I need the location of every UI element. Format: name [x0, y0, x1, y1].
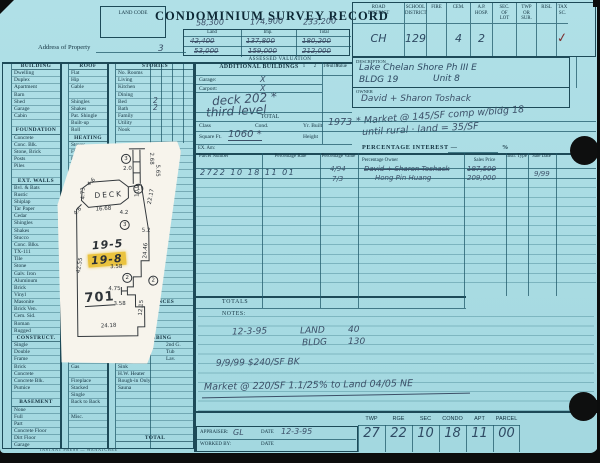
sketch-measurement: 2.68 — [148, 153, 154, 165]
table-row — [69, 92, 107, 99]
district-col: FIRE — [427, 3, 447, 56]
table-row — [116, 428, 194, 435]
description-line2a: BLDG 19 — [359, 75, 398, 85]
pct-sign: % — [502, 144, 508, 151]
table-row: Tile — [12, 256, 60, 263]
table-row — [69, 435, 107, 442]
photo-edge-bottom — [0, 453, 600, 463]
table-row: Nook — [116, 127, 194, 134]
square-ft-value: 1060 * — [228, 129, 262, 141]
district-label: A.P.HOSP. — [471, 3, 492, 24]
district-value — [493, 24, 516, 56]
sketch-measurement: 701 — [84, 289, 115, 307]
totals-label: TOTALS — [222, 299, 248, 306]
district-col: SCHOOLDISTRICT129 — [405, 3, 427, 56]
twp-col-label: SEC — [412, 416, 439, 422]
table-row: Kitchen — [116, 84, 194, 91]
garage-x: X — [260, 75, 265, 84]
table-row: Misc. — [69, 414, 107, 421]
col-instr-type: Instr. Type — [506, 153, 528, 168]
hand-total-land: 58,300 — [196, 18, 224, 28]
table-row — [116, 442, 194, 449]
val-r2-land: 53,000 — [194, 47, 219, 55]
district-value: 4 — [447, 24, 470, 56]
district-value: 129 — [405, 24, 426, 56]
table-row — [116, 399, 194, 406]
table-row: Fireplace — [69, 378, 107, 385]
hand-total-total: 233,200 — [303, 16, 336, 26]
sketch-measurement: 3.58 — [114, 301, 126, 307]
col-pct-rate: Percentage Rate — [262, 153, 320, 168]
table-row: Part — [12, 421, 60, 428]
appraiser-label: APPRAISER: — [200, 430, 228, 436]
pct-row1-owner: David + Sharon Toshack — [364, 165, 450, 173]
note1-date: 12-3-95 — [232, 326, 267, 337]
note3: 9/9/99 $240/SF BK — [216, 357, 300, 368]
district-label: SEC.OFLOT — [493, 3, 516, 24]
sketch-measurement: 3.58 — [110, 264, 122, 270]
district-col: RISL — [537, 3, 557, 56]
table-row — [116, 135, 194, 142]
district-value — [537, 24, 556, 56]
table-row: Shingles — [12, 220, 60, 227]
table-row: Gas — [69, 364, 107, 371]
district-col: A.P.HOSP.2 — [471, 3, 493, 56]
district-label: ROADDISTRICT — [353, 3, 404, 24]
table-row: Stone, Brick — [12, 149, 60, 156]
stories-tick-headers: 121½B — [150, 63, 195, 71]
table-row: Pumice — [12, 385, 60, 392]
district-label: FIRE — [427, 3, 446, 24]
table-row: Built-up — [69, 120, 107, 127]
district-label: RISL — [537, 3, 556, 24]
table-row: Back to Back — [69, 399, 107, 406]
full-value-label: Full Value — [323, 64, 351, 70]
sketch-measurement: 3 — [121, 154, 131, 164]
table-row-right: 2nd G. — [166, 342, 181, 348]
appraiser-box: APPRAISER: GL DATE 12-3-95 WORKED BY: DA… — [196, 426, 358, 452]
table-row: Frame — [12, 356, 60, 363]
table-row: Piles — [12, 163, 60, 170]
note2-bldg: BLDG — [302, 338, 327, 349]
twp-value: 18 — [439, 426, 466, 441]
yr-built-value: 1973 — [328, 117, 352, 128]
note1-land-val: 40 — [348, 325, 359, 335]
table-row: Cabin — [12, 113, 60, 120]
table-row: Shingles — [69, 99, 107, 106]
hand-total-imp: 174,900 — [250, 16, 283, 26]
sketch-measurement: 4.6 — [73, 206, 83, 216]
parcel-number-hand: 2722 10 18 11 01 — [200, 168, 295, 177]
table-row: Cedar — [12, 213, 60, 220]
district-col: SEC.OFLOT — [493, 3, 517, 56]
val-col-land: Land — [194, 30, 230, 36]
add-bldg-total-label: TOTAL — [230, 114, 310, 121]
owner-box: OWNER David + Sharon Toshack — [352, 88, 570, 108]
table-row: Rough-in Only — [116, 378, 194, 385]
table-row: Shed — [12, 99, 60, 106]
address-label: Address of Property — [38, 44, 90, 51]
district-label: TWPORSUR. — [517, 3, 536, 24]
sketch-measurement: 19-5 — [91, 237, 123, 252]
val-col-imp: Imp. — [250, 30, 286, 36]
description-line1: Lake Chelan Shore Ph III E — [359, 63, 477, 73]
twp-col-label: TWP — [358, 416, 385, 422]
table-row: Garage — [12, 106, 60, 113]
pct-row1-price: 187,500 — [467, 165, 496, 173]
table-row: Concrete — [12, 135, 60, 142]
district-value: CH — [353, 24, 404, 56]
table-row: Full — [12, 414, 60, 421]
table-row: CONSTRUCT. — [12, 335, 60, 342]
bath-count-hand: 2 — [153, 103, 158, 112]
val-r1-land: 42,400 — [190, 37, 215, 45]
table-row: Brick Ven. — [12, 306, 60, 313]
table-row: Sink — [116, 364, 194, 371]
table-row: Stone — [12, 263, 60, 270]
sketch-measurement: 22.17 — [147, 188, 156, 205]
stories-hand-count: 3 — [158, 44, 164, 54]
table-row: Concrete Floor — [12, 428, 60, 435]
table-row: BUILDING — [12, 63, 60, 70]
table-row: Vinyl — [12, 292, 60, 299]
table-row: Conc. Blks. — [12, 242, 60, 249]
district-col: TWPORSUR. — [517, 3, 537, 56]
table-row: Conc. Blk. — [12, 142, 60, 149]
table-row — [12, 392, 60, 399]
district-col: TAXSC.✓ — [557, 3, 568, 56]
description-box: DESCRIPTION Lake Chelan Shore Ph III E B… — [352, 57, 570, 88]
sketch-measurement: 5.2 — [142, 228, 151, 234]
twp-col-label: CONDO — [439, 416, 466, 422]
sketch-measurement: 3 — [120, 220, 130, 230]
table-row: Stacked — [69, 385, 107, 392]
sketch-measurement: 2.0 — [123, 166, 132, 172]
table-row-right: Lav. — [166, 356, 175, 362]
table-row: Living — [116, 77, 194, 84]
val-col-total: Total — [306, 30, 342, 36]
district-table: ROADDISTRICTCHSCHOOLDISTRICT129FIRECEM.4… — [352, 2, 596, 57]
table-row: FOUNDATION — [12, 127, 60, 134]
table-row: Shiplap — [12, 199, 60, 206]
col-parcel-number: Parcel Number — [196, 153, 262, 168]
pct-row1-value: 4/94 — [330, 165, 346, 173]
table-row: Double — [12, 349, 60, 356]
description-line2b: Unit 8 — [433, 74, 460, 84]
sketch-measurement: 16.68 — [95, 206, 111, 213]
pct-row2-price: 209,000 — [467, 174, 496, 182]
appraiser-date: 12-3-95 — [281, 427, 312, 436]
twp-parcel-table: TWPRGESECCONDOAPTPARCEL 272210181100 — [358, 416, 520, 452]
table-row: None — [12, 407, 60, 414]
table-row: Apartment — [12, 84, 60, 91]
table-row: EXT. WALLS — [12, 178, 60, 185]
owner-value: David + Sharon Toshack — [361, 94, 471, 104]
table-row: Brick — [12, 285, 60, 292]
sketch-measurement: 5.65 — [154, 164, 160, 176]
assessed-valuation-table: Land Imp. Total 42,400 137,800 180,200 5… — [183, 29, 350, 56]
district-label: SCHOOLDISTRICT — [405, 3, 426, 24]
table-row — [69, 428, 107, 435]
sketch-measurement: 24.18 — [101, 323, 117, 330]
table-row: Family — [116, 113, 194, 120]
table-row: Flat — [69, 70, 107, 77]
table-row: Utility — [116, 120, 194, 127]
table-row: Gable — [69, 84, 107, 91]
table-row: Pat. Shingle — [69, 113, 107, 120]
district-value — [517, 24, 536, 56]
sketch-measurement: 2 — [148, 276, 158, 286]
additional-buildings-header: ADDITIONAL BUILDINGS — [196, 64, 322, 71]
table-row — [69, 407, 107, 414]
table-row-right: Tub — [166, 349, 175, 355]
sketch-measurement: 4.2 — [120, 210, 129, 216]
table-row: TX-111 — [12, 249, 60, 256]
pct-interest-title: PERCENTAGE INTEREST — — [362, 144, 458, 151]
twp-value: 10 — [412, 426, 439, 441]
sketch-measurement: 42.55 — [76, 257, 84, 274]
twp-col-label: RGE — [385, 416, 412, 422]
twp-col-label: PARCEL — [493, 416, 520, 422]
table-row: Posts — [12, 156, 60, 163]
table-row: Dirt Floor — [12, 435, 60, 442]
table-row: TOTAL — [116, 435, 194, 442]
twp-value: 00 — [493, 426, 520, 441]
table-row — [116, 421, 194, 428]
district-value: 2 — [471, 24, 492, 56]
table-row: Brick — [12, 364, 60, 371]
sketch-measurement: 10.0 — [134, 185, 140, 197]
val-r1-total: 180,200 — [302, 37, 331, 45]
table-row: Hip — [69, 77, 107, 84]
table-row: Rugged — [12, 328, 60, 335]
district-col: CEM.4 — [447, 3, 471, 56]
carport-label: Carport: — [199, 86, 217, 92]
twp-value: 27 — [358, 426, 385, 441]
table-row: HEATING — [69, 135, 107, 142]
table-row: Duplex — [12, 77, 60, 84]
table-row: Aluminum — [12, 278, 60, 285]
table-row: BASEMENT — [12, 399, 60, 406]
survey-record-photo: LAND CODE CONDOMINIUM SURVEY RECORD 58,3… — [0, 0, 600, 463]
appraiser-date-label: DATE — [261, 430, 274, 436]
table-row: Barn — [12, 92, 60, 99]
col-sale-date: Sale Date — [528, 153, 556, 168]
sketch-measurement: 4.6 — [86, 177, 96, 187]
yr-built-label: Yr. Built — [303, 123, 322, 129]
note2-bldg-val: 130 — [348, 337, 365, 347]
twp-value: 11 — [466, 426, 493, 441]
table-row: Roll — [69, 127, 107, 134]
table-row — [116, 392, 194, 399]
table-row: Concrete — [12, 371, 60, 378]
table-row: Dwelling — [12, 70, 60, 77]
table-row: Single — [12, 342, 60, 349]
pct-row2-owner: Hong Pin Huang — [375, 174, 431, 182]
class-label: Class — [199, 123, 211, 129]
sketch-measurement: 4.73 — [80, 187, 86, 199]
district-value: ✓ — [555, 24, 570, 57]
note1-land: LAND — [300, 326, 325, 337]
height-label: Height — [303, 134, 318, 140]
table-row: ROOF — [69, 63, 107, 70]
val-r1-imp: 137,800 — [246, 37, 275, 45]
sketch-measurement: 12.15 — [138, 300, 145, 316]
table-row — [116, 407, 194, 414]
worked-by-date-label: DATE — [261, 442, 274, 448]
table-row — [69, 421, 107, 428]
table-row: Shakes — [69, 106, 107, 113]
district-col: ROADDISTRICTCH — [353, 3, 405, 56]
ex-am-label: EX. Am: — [198, 146, 215, 152]
table-row: Cem. Sid. — [12, 313, 60, 320]
table-row: H.W. Heater — [116, 371, 194, 378]
table-row: Masonite — [12, 299, 60, 306]
table-row: Roman — [12, 321, 60, 328]
district-label: TAXSC. — [557, 3, 568, 24]
table-row: Bvl. & Bats — [12, 185, 60, 192]
sketch-measurement: 2 — [122, 273, 132, 283]
table-row — [12, 170, 60, 177]
garage-label: Garage: — [199, 77, 216, 83]
val-r2-imp: 159,000 — [248, 47, 277, 55]
table-row — [116, 414, 194, 421]
district-value — [427, 24, 446, 56]
pct-row2-value: 7/3 — [332, 175, 343, 183]
table-row: Galv. Iron — [12, 271, 60, 278]
twp-value: 22 — [385, 426, 412, 441]
table-row — [69, 371, 107, 378]
appraiser-signature: GL — [233, 428, 244, 437]
table-row: Tar Paper — [12, 206, 60, 213]
square-ft-label: Square Ft. — [199, 134, 222, 140]
sketch-measurement: 24.46 — [142, 243, 149, 259]
table-row: Concrete Blk. — [12, 378, 60, 385]
sketch-measurement: DECK — [94, 189, 123, 200]
pct-row2-date: 9/99 — [534, 170, 550, 178]
worked-by-label: WORKED BY: — [200, 442, 231, 448]
table-row: Single — [69, 392, 107, 399]
table-row: Shakes — [12, 228, 60, 235]
district-label: CEM. — [447, 3, 470, 24]
table-row: Sauna — [116, 385, 194, 392]
table-row: Rustic — [12, 192, 60, 199]
table-row: Stucco — [12, 235, 60, 242]
twp-col-label: APT — [466, 416, 493, 422]
table-row — [12, 120, 60, 127]
val-r2-total: 212,000 — [302, 47, 331, 55]
table-row: No. Rooms — [116, 70, 194, 77]
building-column: BUILDINGDwellingDuplexApartmentBarnShedG… — [12, 63, 60, 449]
